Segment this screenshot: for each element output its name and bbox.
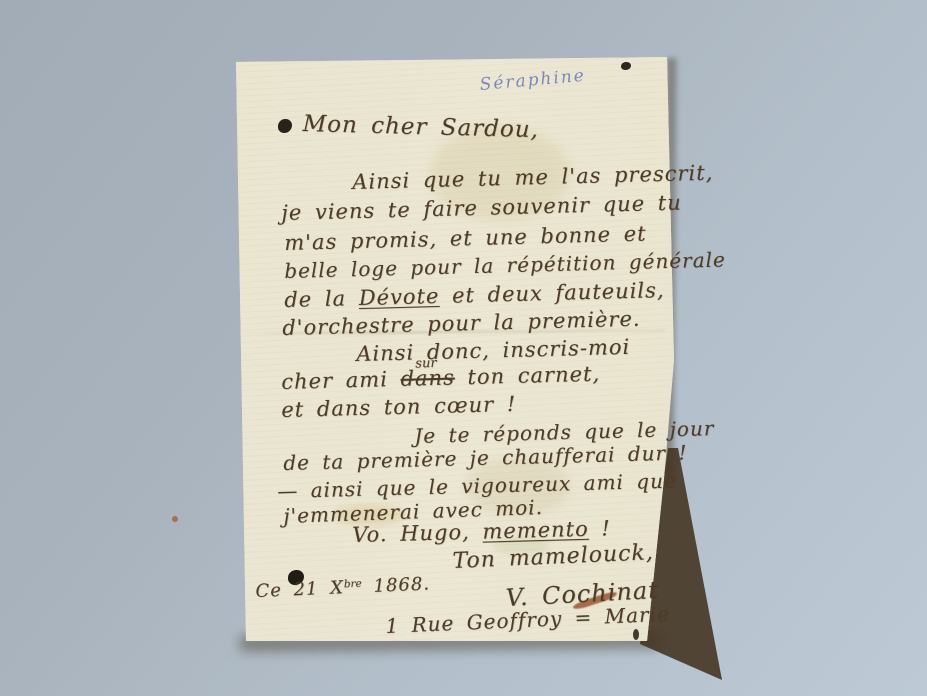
red-speck-background — [172, 516, 178, 522]
photo-background: Séraphine Mon cher Sardou,Ainsi que tu m… — [0, 0, 927, 696]
ink-speck-bottom-right — [633, 629, 639, 640]
inserted-word: sur — [415, 356, 437, 372]
